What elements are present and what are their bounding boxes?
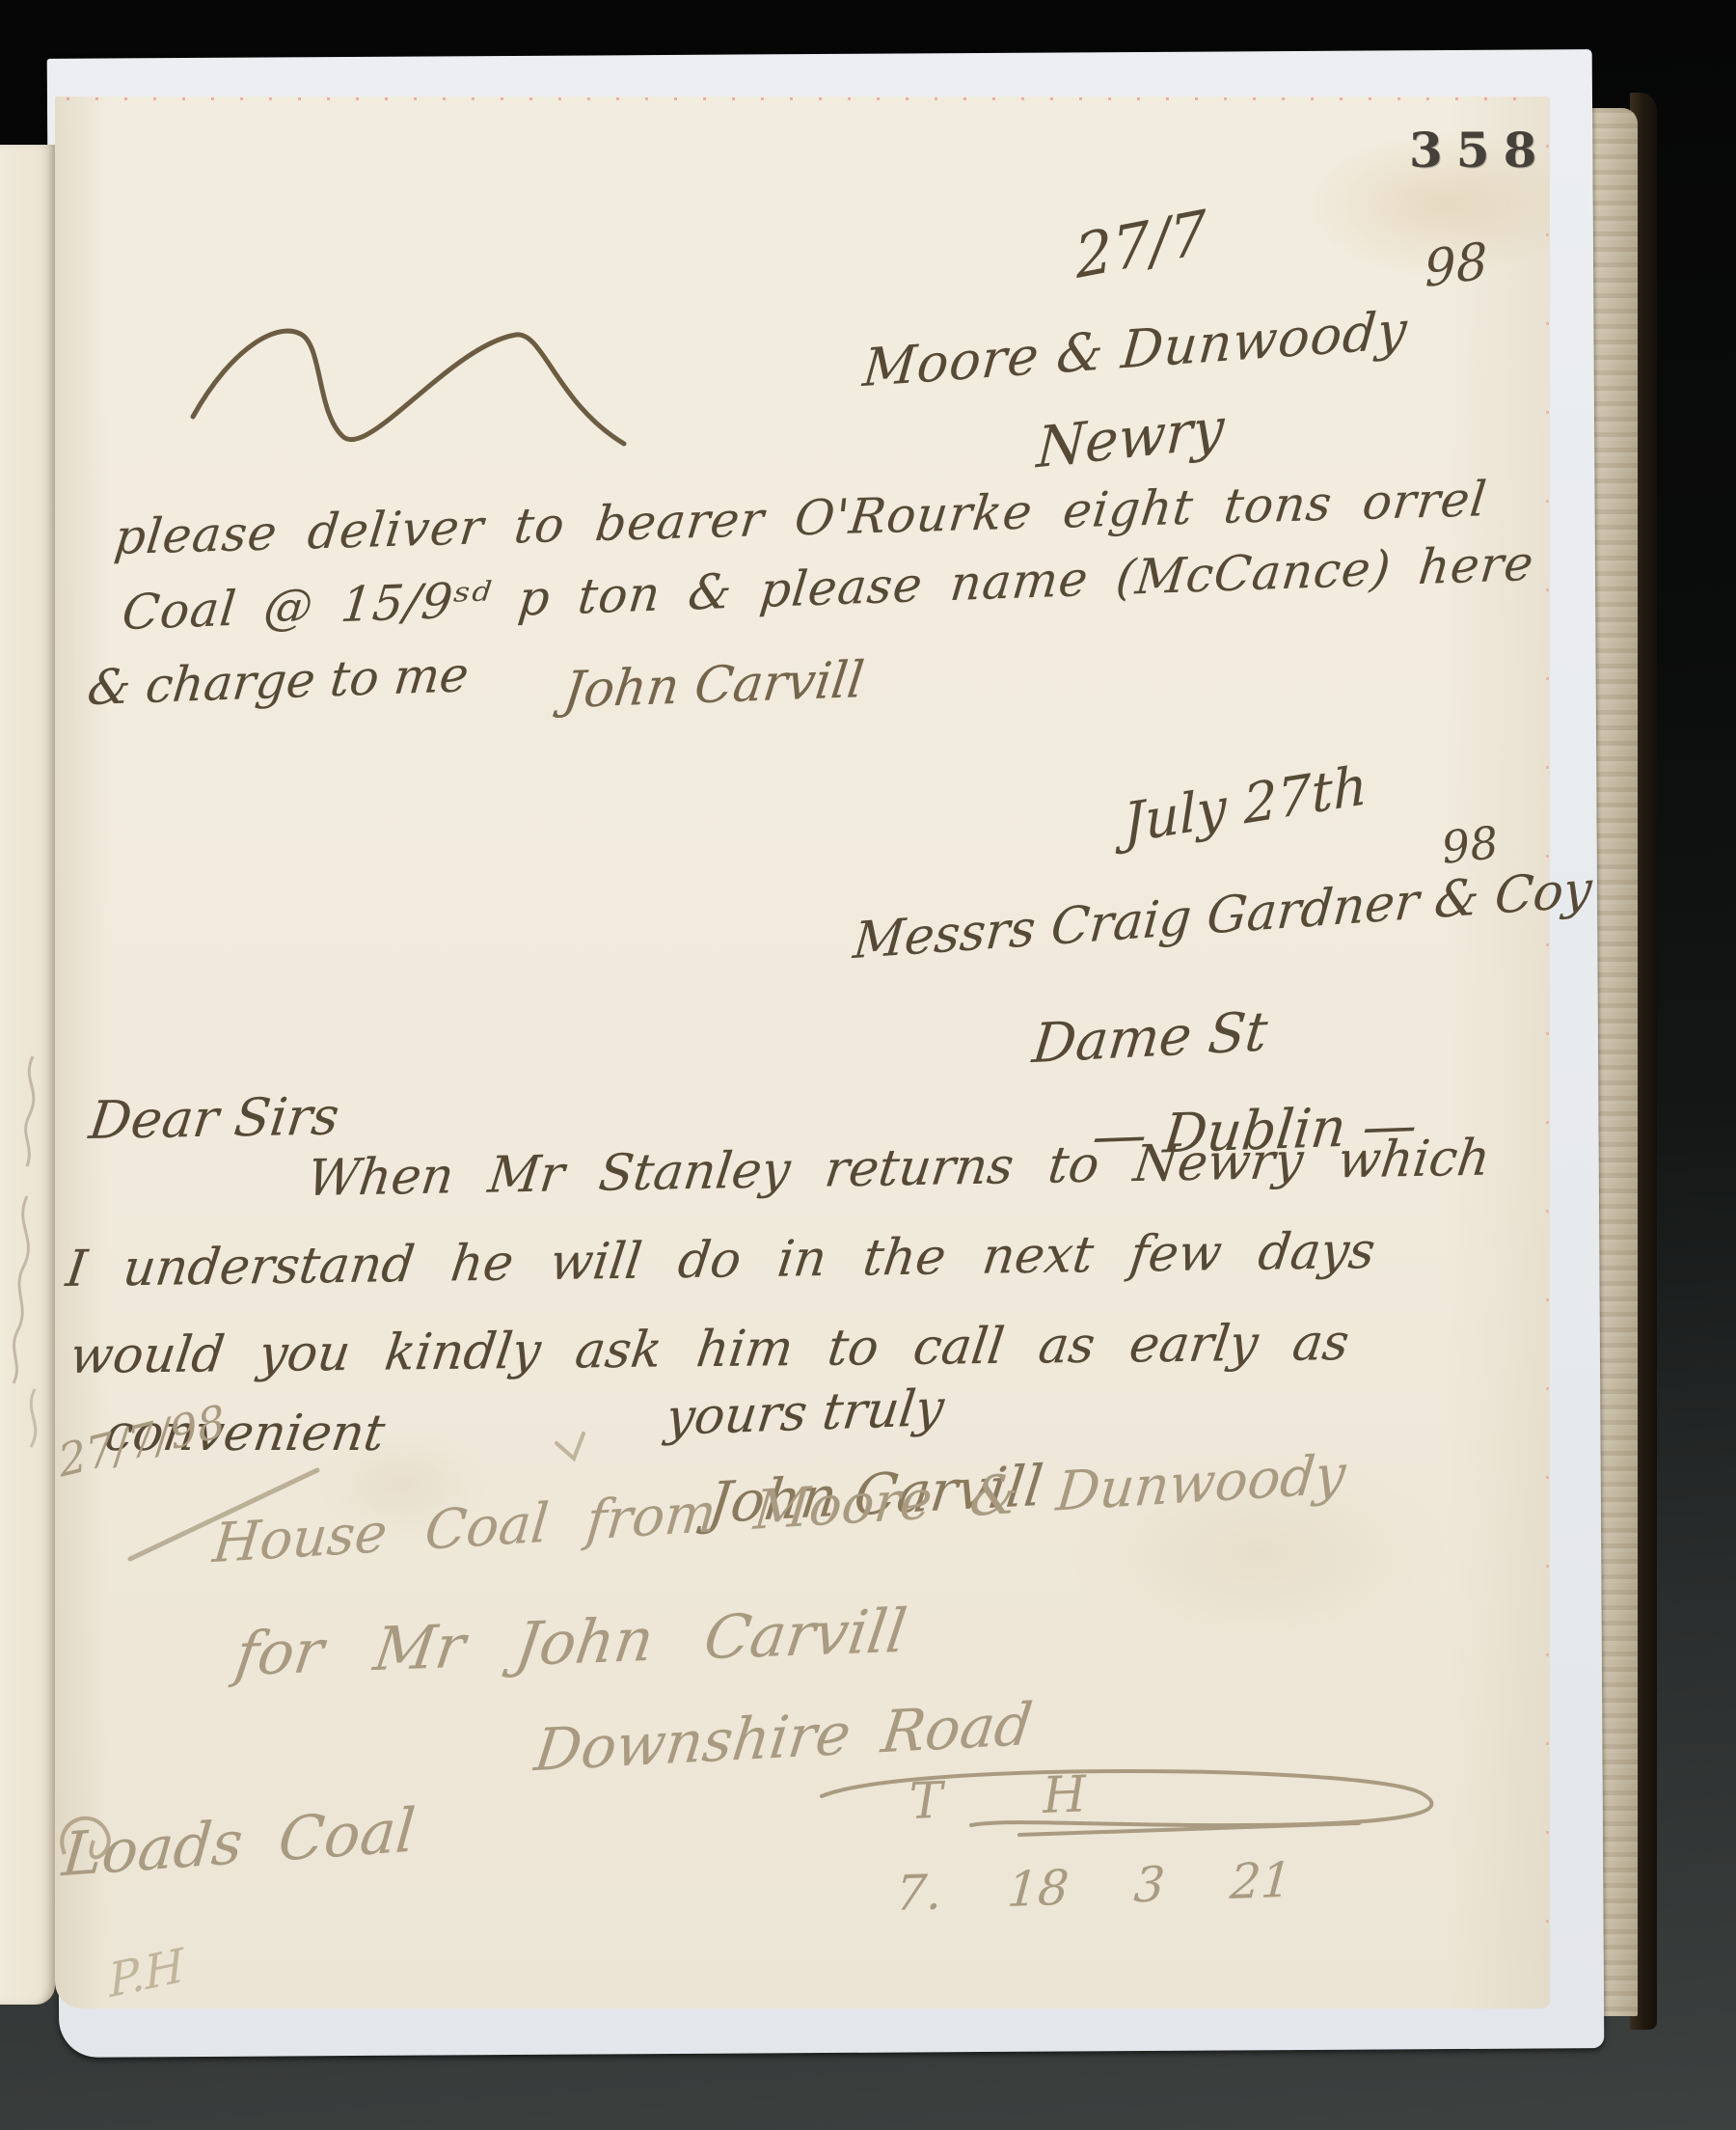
letter2-year: 98 — [1439, 816, 1501, 874]
manuscript-page: 358 27/7 98 Moore & Dunwoody Newry pleas… — [55, 96, 1550, 2008]
letter2-salutation: Dear Sirs — [86, 1085, 342, 1151]
folio-number-stamp: 358 — [1409, 122, 1550, 178]
facing-page-sliver — [0, 145, 55, 2005]
pencil-tally-mark-t: T — [909, 1772, 944, 1831]
photo-background: 358 27/7 98 Moore & Dunwoody Newry pleas… — [0, 0, 1736, 2130]
letter2-closing: yours truly — [663, 1379, 947, 1447]
facing-page-showthrough-marks — [0, 145, 55, 2005]
letter1-year: 98 — [1424, 232, 1489, 300]
ink-wave-flourish — [193, 331, 624, 444]
letter2-address-street: Dame St — [1030, 1000, 1271, 1076]
pencil-check — [556, 1434, 583, 1459]
letter1-signature: John Carvill — [560, 651, 867, 720]
pencil-tally-mark-h: H — [1042, 1765, 1087, 1825]
